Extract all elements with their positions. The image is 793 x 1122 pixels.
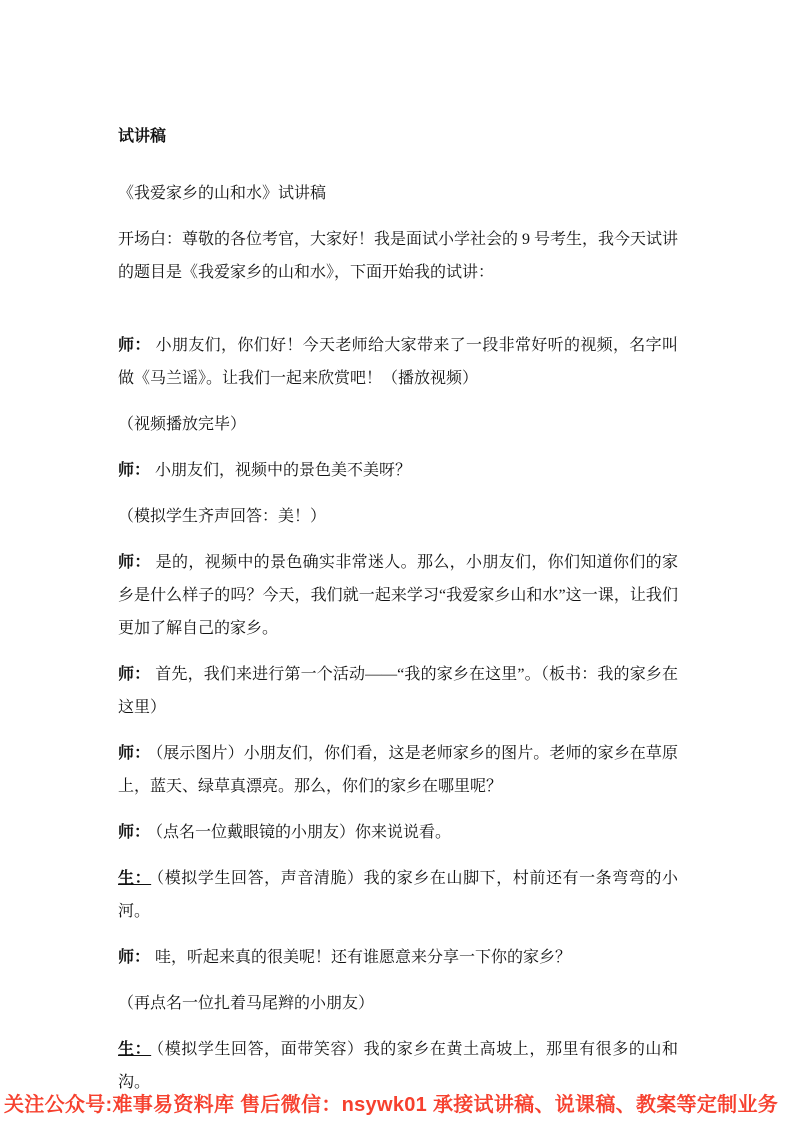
paragraph-text: （点名一位戴眼镜的小朋友）你来说说看。: [155, 824, 451, 841]
paragraph-text: 是的，视频中的景色确实非常迷人。那么，小朋友们，你们知道你们的家乡是什么样子的吗…: [118, 554, 678, 637]
paragraph-text: 开场白：尊敬的各位考官，大家好！我是面试小学社会的 9 号考生，我今天试讲的题目…: [118, 231, 678, 281]
paragraph-text: （视频播放完毕）: [118, 416, 246, 433]
paragraph-text: 哇，听起来真的很美呢！还有谁愿意来分享一下你的家乡？: [155, 949, 571, 966]
paragraph: 开场白：尊敬的各位考官，大家好！我是面试小学社会的 9 号考生，我今天试讲的题目…: [118, 223, 678, 289]
paragraph-text: （模拟学生回答，声音清脆）我的家乡在山脚下，村前还有一条弯弯的小河。: [118, 870, 678, 920]
paragraph-text: （模拟学生齐声回答：美！）: [118, 508, 326, 525]
paragraph: 师：小朋友们，视频中的景色美不美呀？: [118, 454, 678, 487]
paragraph: 师：（点名一位戴眼镜的小朋友）你来说说看。: [118, 816, 678, 849]
speaker-label: 师：: [118, 666, 150, 683]
speaker-label: 生：: [118, 870, 151, 887]
paragraph: 师：是的，视频中的景色确实非常迷人。那么，小朋友们，你们知道你们的家乡是什么样子…: [118, 546, 678, 645]
document-title: 试讲稿: [118, 120, 678, 153]
paragraph: 生：（模拟学生回答，声音清脆）我的家乡在山脚下，村前还有一条弯弯的小河。: [118, 862, 678, 928]
speaker-label: 师：: [118, 337, 151, 354]
paragraph: 师：（展示图片）小朋友们，你们看，这是老师家乡的图片。老师的家乡在草原上，蓝天、…: [118, 737, 678, 803]
paragraph-text: （展示图片）小朋友们，你们看，这是老师家乡的图片。老师的家乡在草原上，蓝天、绿草…: [118, 745, 678, 795]
promo-footer-text: 关注公众号:难事易资料库 售后微信：nsywk01 承接试讲稿、说课稿、教案等定…: [4, 1094, 778, 1116]
speaker-label: 生：: [118, 1041, 151, 1058]
paragraph: 生：（模拟学生回答，面带笑容）我的家乡在黄土高坡上，那里有很多的山和沟。: [118, 1033, 678, 1099]
paragraph: （视频播放完毕）: [118, 408, 678, 441]
document-content: 试讲稿 《我爱家乡的山和水》试讲稿 开场白：尊敬的各位考官，大家好！我是面试小学…: [118, 120, 678, 1112]
paragraph-text: 小朋友们，你们好！今天老师给大家带来了一段非常好听的视频，名字叫做《马兰谣》。让…: [118, 337, 678, 387]
speaker-label: 师：: [118, 745, 150, 762]
promo-footer-banner: 关注公众号:难事易资料库 售后微信：nsywk01 承接试讲稿、说课稿、教案等定…: [4, 1091, 793, 1119]
speaker-label: 师：: [118, 554, 151, 571]
paragraph-text: （模拟学生回答，面带笑容）我的家乡在黄土高坡上，那里有很多的山和沟。: [118, 1041, 678, 1091]
paragraph-text: 小朋友们，视频中的景色美不美呀？: [155, 462, 411, 479]
paragraph: 师：小朋友们，你们好！今天老师给大家带来了一段非常好听的视频，名字叫做《马兰谣》…: [118, 329, 678, 395]
speaker-label: 师：: [118, 824, 150, 841]
speaker-label: 师：: [118, 949, 150, 966]
paragraph-text: 《我爱家乡的山和水》试讲稿: [118, 185, 326, 202]
paragraph: 《我爱家乡的山和水》试讲稿: [118, 177, 678, 210]
paragraph-text: 首先，我们来进行第一个活动——“我的家乡在这里”。（板书：我的家乡在这里）: [118, 666, 678, 716]
paragraph: （模拟学生齐声回答：美！）: [118, 500, 678, 533]
paragraph: 师：哇，听起来真的很美呢！还有谁愿意来分享一下你的家乡？: [118, 941, 678, 974]
document-page: 试讲稿 《我爱家乡的山和水》试讲稿 开场白：尊敬的各位考官，大家好！我是面试小学…: [0, 0, 793, 1122]
speaker-label: 师：: [118, 462, 150, 479]
paragraph: 师：首先，我们来进行第一个活动——“我的家乡在这里”。（板书：我的家乡在这里）: [118, 658, 678, 724]
paragraph: （再点名一位扎着马尾辫的小朋友）: [118, 987, 678, 1020]
paragraph-text: （再点名一位扎着马尾辫的小朋友）: [118, 995, 374, 1012]
document-body: 《我爱家乡的山和水》试讲稿 开场白：尊敬的各位考官，大家好！我是面试小学社会的 …: [118, 177, 678, 1099]
